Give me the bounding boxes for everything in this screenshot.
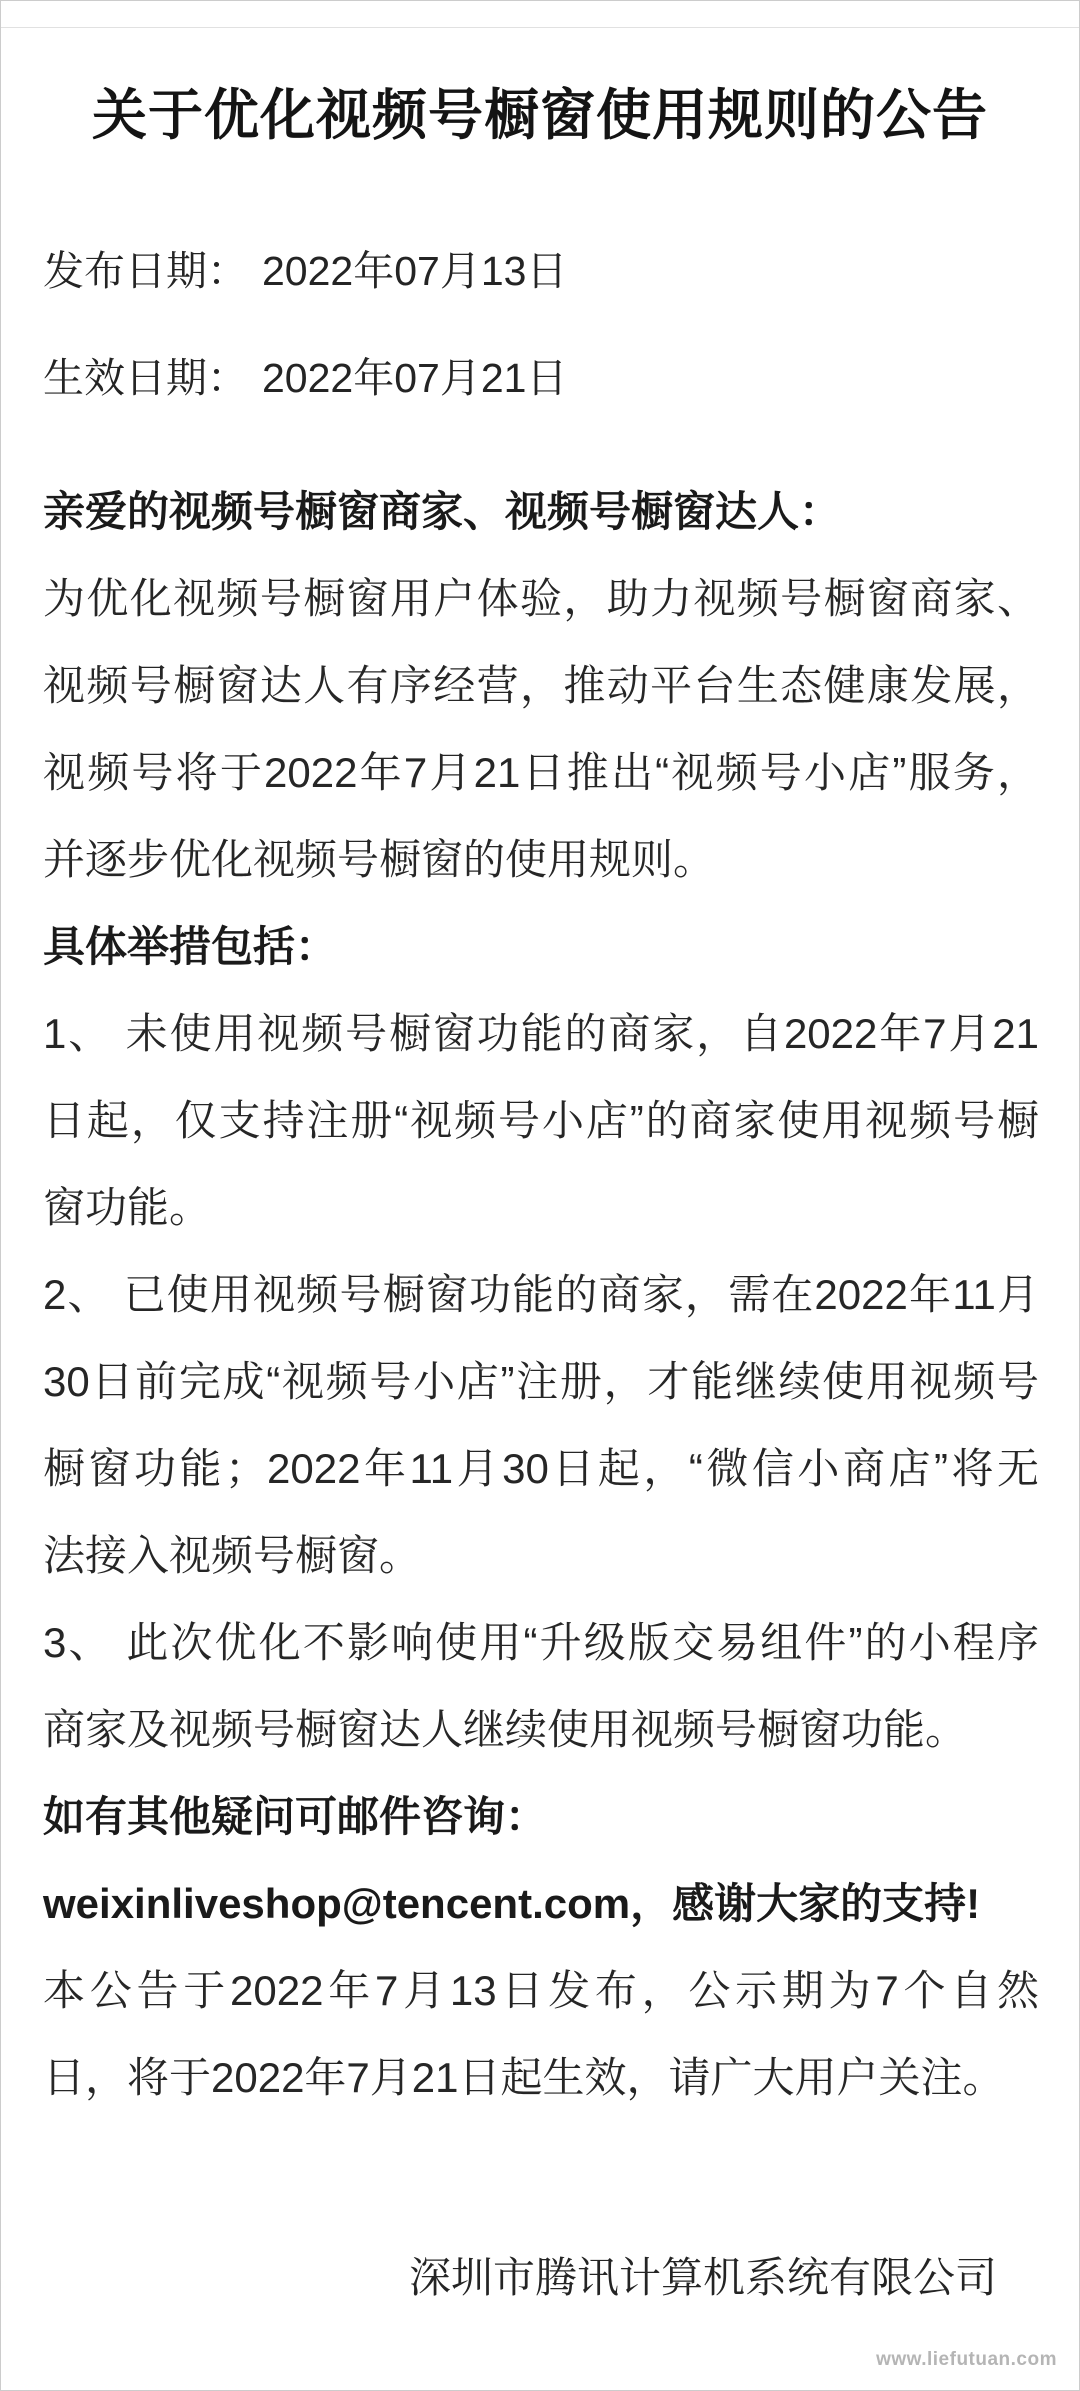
body-line-salutation: 亲爱的视频号橱窗商家、视频号橱窗达人： [43,468,1039,555]
body-line-measures-heading: 具体举措包括： [43,903,1039,990]
announcement-body: 亲爱的视频号橱窗商家、视频号橱窗达人： 为优化视频号橱窗用户体验，助力视频号橱窗… [43,468,1039,2121]
effective-date-label: 生效日期： [43,355,248,401]
body-line: 商家及视频号橱窗达人继续使用视频号橱窗功能。 [43,1686,1039,1773]
body-line-contact-heading: 如有其他疑问可邮件咨询： [43,1773,1039,1860]
body-line-item-1: 1、 未使用视频号橱窗功能的商家，自2022年7月21 [43,990,1039,1077]
body-line: 窗功能。 [43,1164,1039,1251]
watermark: www.liefutuan.com [876,2349,1057,2371]
body-line: 并逐步优化视频号橱窗的使用规则。 [43,816,1039,903]
body-line: 日起，仅支持注册“视频号小店”的商家使用视频号橱 [43,1077,1039,1164]
body-line: 为优化视频号橱窗用户体验，助力视频号橱窗商家、 [43,555,1039,642]
body-line: 视频号将于2022年7月21日推出“视频号小店”服务， [43,729,1039,816]
body-line: 法接入视频号橱窗。 [43,1512,1039,1599]
body-line: 30日前完成“视频号小店”注册，才能继续使用视频号 [43,1338,1039,1425]
publish-date-label: 发布日期： [43,248,248,294]
effective-date-row: 生效日期：2022年07月21日 [43,354,567,403]
body-line-contact-email: weixinliveshop@tencent.com，感谢大家的支持! [43,1860,1039,1947]
announcement-page: 关于优化视频号橱窗使用规则的公告 发布日期：2022年07月13日 生效日期：2… [0,0,1080,2391]
body-line: 本公告于2022年7月13日发布，公示期为7个自然 [43,1947,1039,2034]
top-divider [1,27,1079,28]
publish-date-row: 发布日期：2022年07月13日 [43,247,567,296]
publish-date-value: 2022年07月13日 [262,248,567,294]
body-line: 视频号橱窗达人有序经营，推动平台生态健康发展， [43,642,1039,729]
body-line: 日，将于2022年7月21日起生效，请广大用户关注。 [43,2034,1039,2121]
effective-date-value: 2022年07月21日 [262,355,567,401]
body-line-item-2: 2、 已使用视频号橱窗功能的商家，需在2022年11月 [43,1251,1039,1338]
company-signature: 深圳市腾讯计算机系统有限公司 [409,2253,997,2303]
body-line-item-3: 3、 此次优化不影响使用“升级版交易组件”的小程序 [43,1599,1039,1686]
body-line: 橱窗功能；2022年11月30日起，“微信小商店”将无 [43,1425,1039,1512]
page-title: 关于优化视频号橱窗使用规则的公告 [1,82,1079,148]
